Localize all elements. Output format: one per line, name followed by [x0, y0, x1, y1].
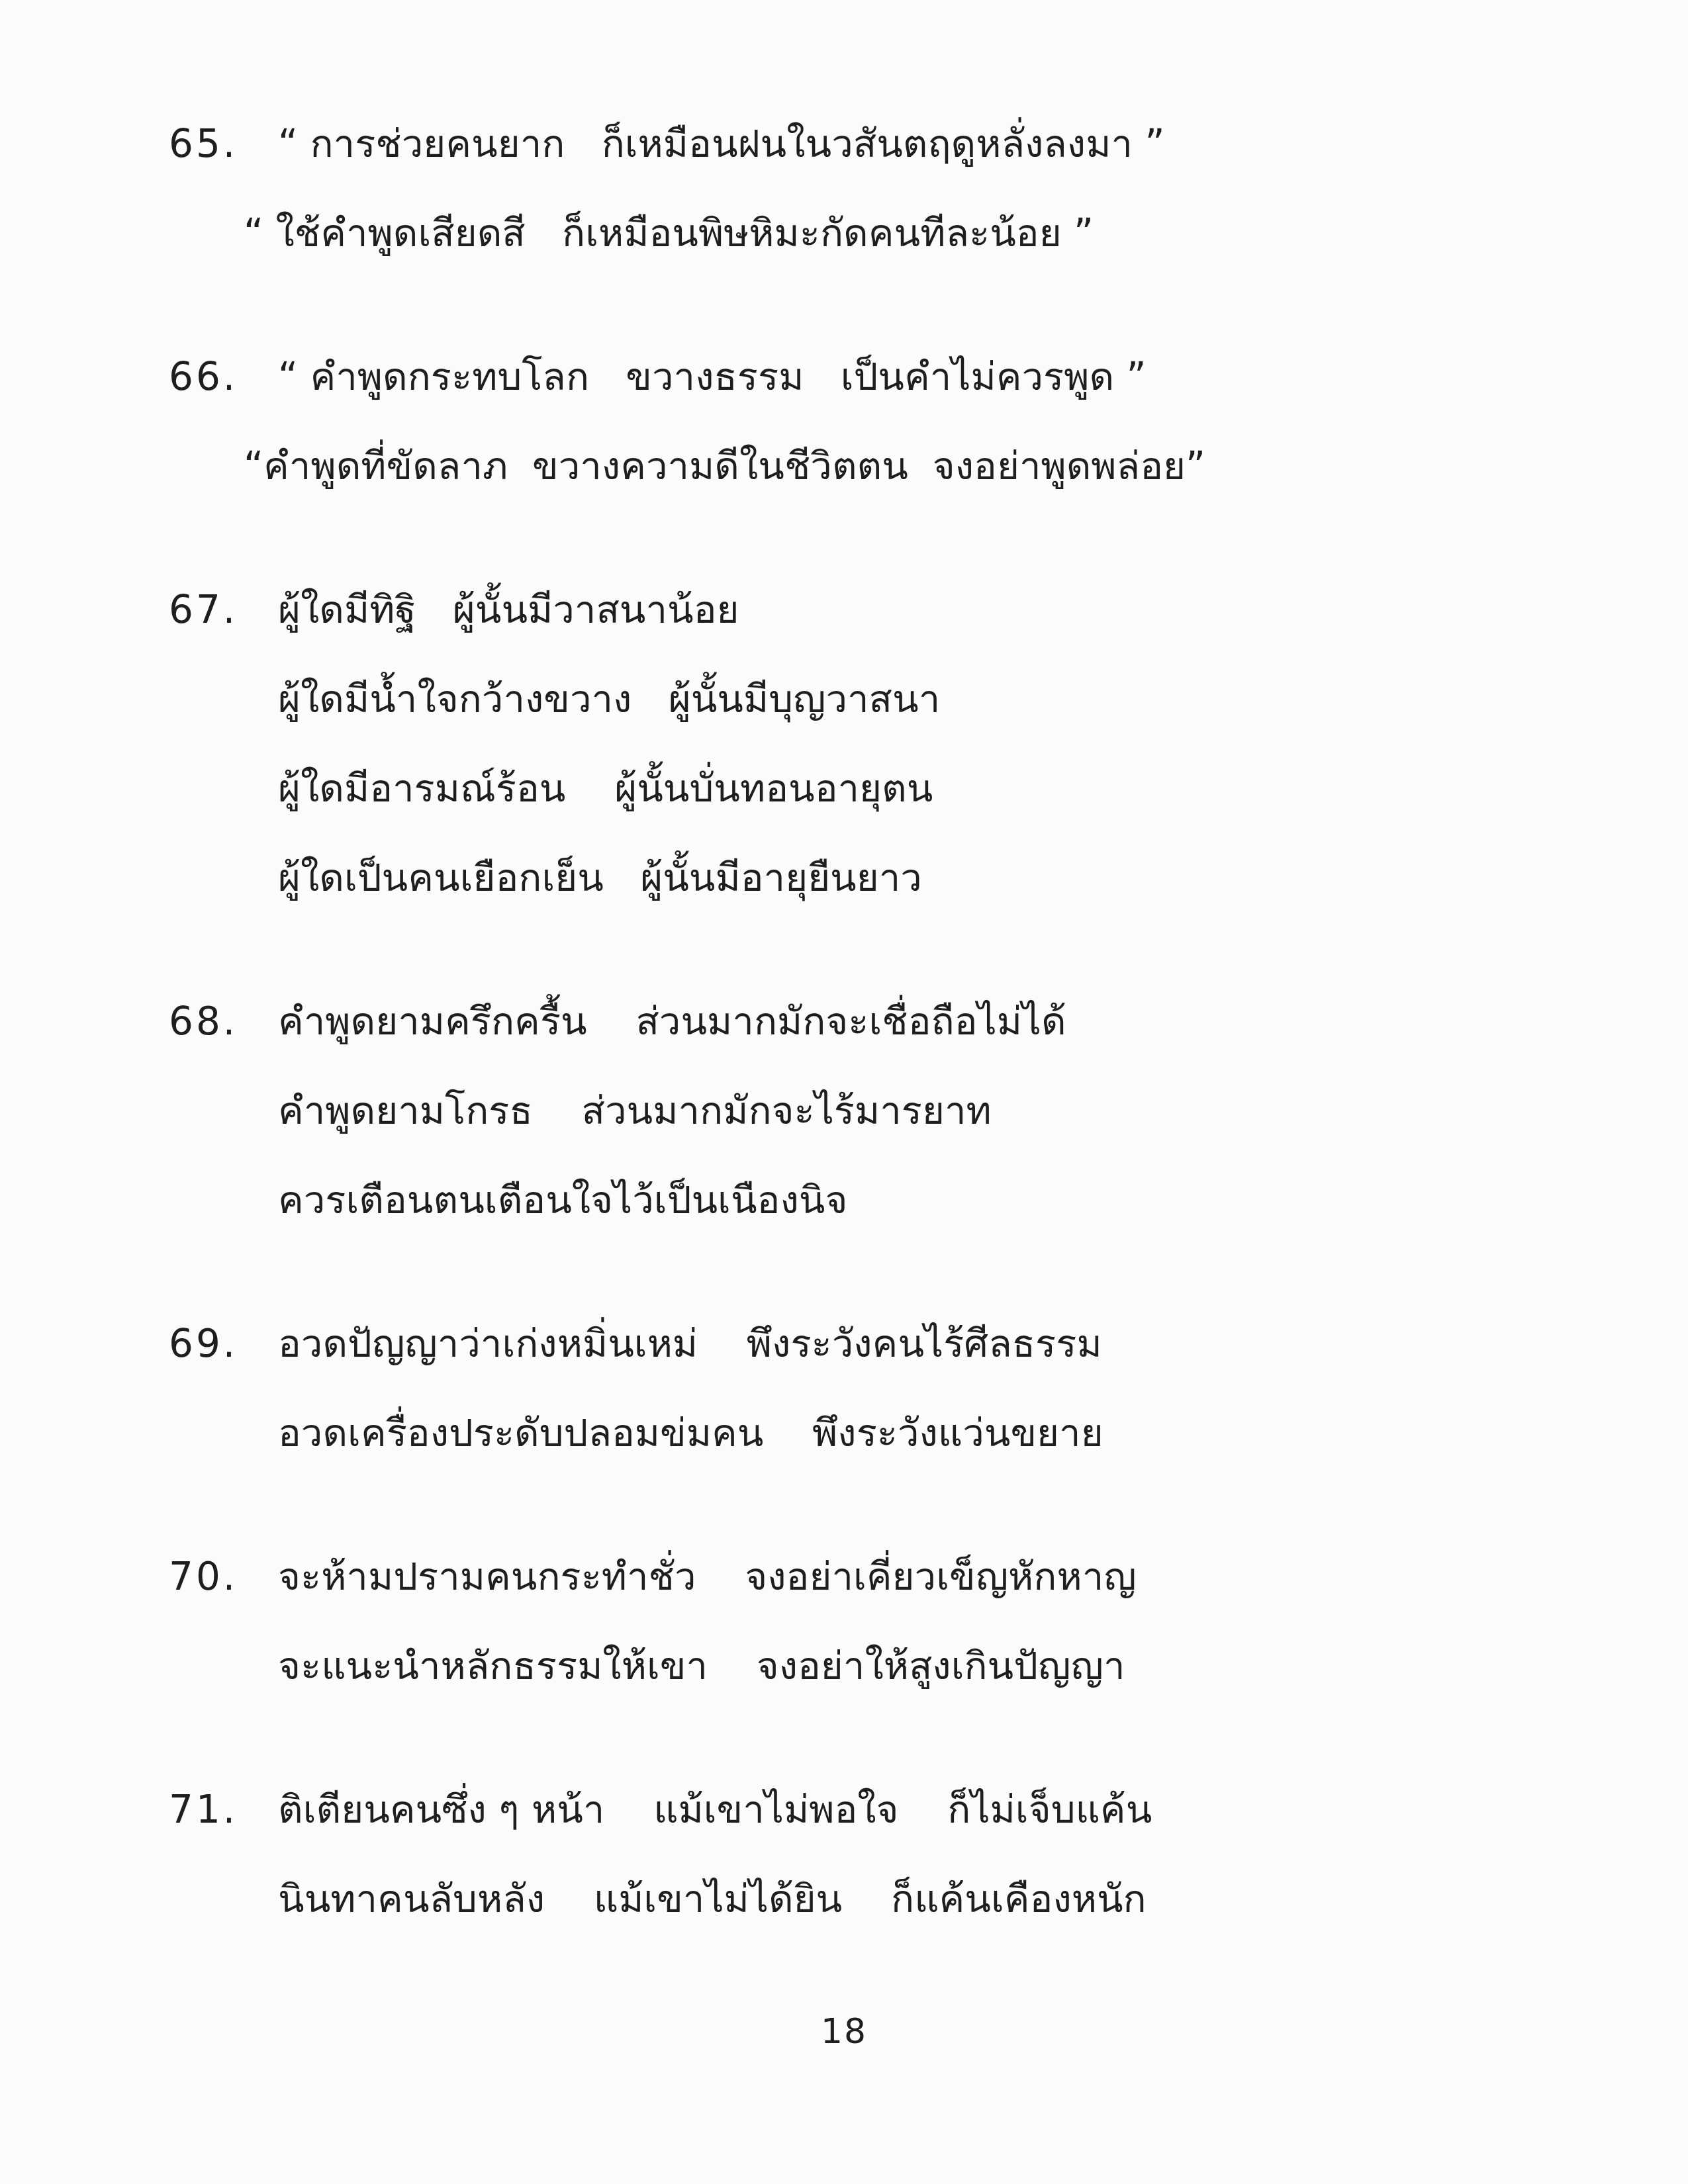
- item-number: 69.: [169, 1299, 278, 1388]
- item-number: 66.: [169, 332, 278, 422]
- quote-list: 65. “ การช่วยคนยาก ก็เหมือนฝนในวสันตฤดูห…: [169, 99, 1609, 1998]
- item-line: ควรเตือนตนเตือนใจไว้เป็นเนืองนิจ: [278, 1156, 1609, 1245]
- list-item: 70. จะห้ามปรามคนกระทำชั่ว จงอย่าเคี่ยวเข…: [169, 1532, 1609, 1711]
- item-line: อวดปัญญาว่าเก่งหมิ่นเหม่ พึงระวังคนไร้ศี…: [278, 1299, 1609, 1388]
- item-number: 70.: [169, 1532, 278, 1621]
- item-lines: ผู้ใดมีทิฐิ ผู้นั้นมีวาสนาน้อย ผู้ใดมีน้…: [278, 565, 1609, 923]
- item-lines: คำพูดยามครึกครื้น ส่วนมากมักจะเชื่อถือไม…: [278, 977, 1609, 1245]
- item-line: “ คำพูดกระทบโลก ขวางธรรม เป็นคำไม่ควรพูด…: [278, 332, 1609, 422]
- item-line: คำพูดยามโกรธ ส่วนมากมักจะไร้มารยาท: [278, 1066, 1609, 1156]
- item-line: ผู้ใดมีน้ำใจกว้างขวาง ผู้นั้นมีบุญวาสนา: [278, 655, 1609, 744]
- item-number: 65.: [169, 99, 278, 189]
- document-page: 65. “ การช่วยคนยาก ก็เหมือนฝนในวสันตฤดูห…: [0, 0, 1688, 2184]
- page-number: 18: [0, 2012, 1688, 2052]
- item-lines: อวดปัญญาว่าเก่งหมิ่นเหม่ พึงระวังคนไร้ศี…: [278, 1299, 1609, 1478]
- item-line: นินทาคนลับหลัง แม้เขาไม่ได้ยิน ก็แค้นเคื…: [278, 1854, 1609, 1944]
- item-number: 68.: [169, 977, 278, 1066]
- item-line: ผู้ใดมีทิฐิ ผู้นั้นมีวาสนาน้อย: [278, 565, 1609, 655]
- list-item: 69. อวดปัญญาว่าเก่งหมิ่นเหม่ พึงระวังคนไ…: [169, 1299, 1609, 1478]
- item-line: ผู้ใดมีอารมณ์ร้อน ผู้นั้นบั่นทอนอายุตน: [278, 744, 1609, 833]
- item-lines: จะห้ามปรามคนกระทำชั่ว จงอย่าเคี่ยวเข็ญหั…: [278, 1532, 1609, 1711]
- item-line: ติเตียนคนซึ่ง ๆ หน้า แม้เขาไม่พอใจ ก็ไม่…: [278, 1765, 1609, 1854]
- list-item: 68. คำพูดยามครึกครื้น ส่วนมากมักจะเชื่อถ…: [169, 977, 1609, 1245]
- item-number: 67.: [169, 565, 278, 655]
- item-line: คำพูดยามครึกครื้น ส่วนมากมักจะเชื่อถือไม…: [278, 977, 1609, 1066]
- item-line: “ ใช้คำพูดเสียดสี ก็เหมือนพิษหิมะกัดคนที…: [278, 189, 1609, 278]
- list-item: 65. “ การช่วยคนยาก ก็เหมือนฝนในวสันตฤดูห…: [169, 99, 1609, 278]
- list-item: 71. ติเตียนคนซึ่ง ๆ หน้า แม้เขาไม่พอใจ ก…: [169, 1765, 1609, 1944]
- item-line: จะแนะนำหลักธรรมให้เขา จงอย่าให้สูงเกินปั…: [278, 1621, 1609, 1711]
- item-line: “ การช่วยคนยาก ก็เหมือนฝนในวสันตฤดูหลั่ง…: [278, 99, 1609, 189]
- item-lines: “ การช่วยคนยาก ก็เหมือนฝนในวสันตฤดูหลั่ง…: [278, 99, 1609, 278]
- list-item: 67. ผู้ใดมีทิฐิ ผู้นั้นมีวาสนาน้อย ผู้ใด…: [169, 565, 1609, 923]
- item-lines: ติเตียนคนซึ่ง ๆ หน้า แม้เขาไม่พอใจ ก็ไม่…: [278, 1765, 1609, 1944]
- item-line: จะห้ามปรามคนกระทำชั่ว จงอย่าเคี่ยวเข็ญหั…: [278, 1532, 1609, 1621]
- list-item: 66. “ คำพูดกระทบโลก ขวางธรรม เป็นคำไม่คว…: [169, 332, 1609, 511]
- item-number: 71.: [169, 1765, 278, 1854]
- item-line: อวดเครื่องประดับปลอมข่มคน พึงระวังแว่นขย…: [278, 1388, 1609, 1478]
- item-lines: “ คำพูดกระทบโลก ขวางธรรม เป็นคำไม่ควรพูด…: [278, 332, 1609, 511]
- item-line: ผู้ใดเป็นคนเยือกเย็น ผู้นั้นมีอายุยืนยาว: [278, 833, 1609, 923]
- item-line: “คำพูดที่ขัดลาภ ขวางความดีในชีวิตตน จงอย…: [278, 422, 1609, 511]
